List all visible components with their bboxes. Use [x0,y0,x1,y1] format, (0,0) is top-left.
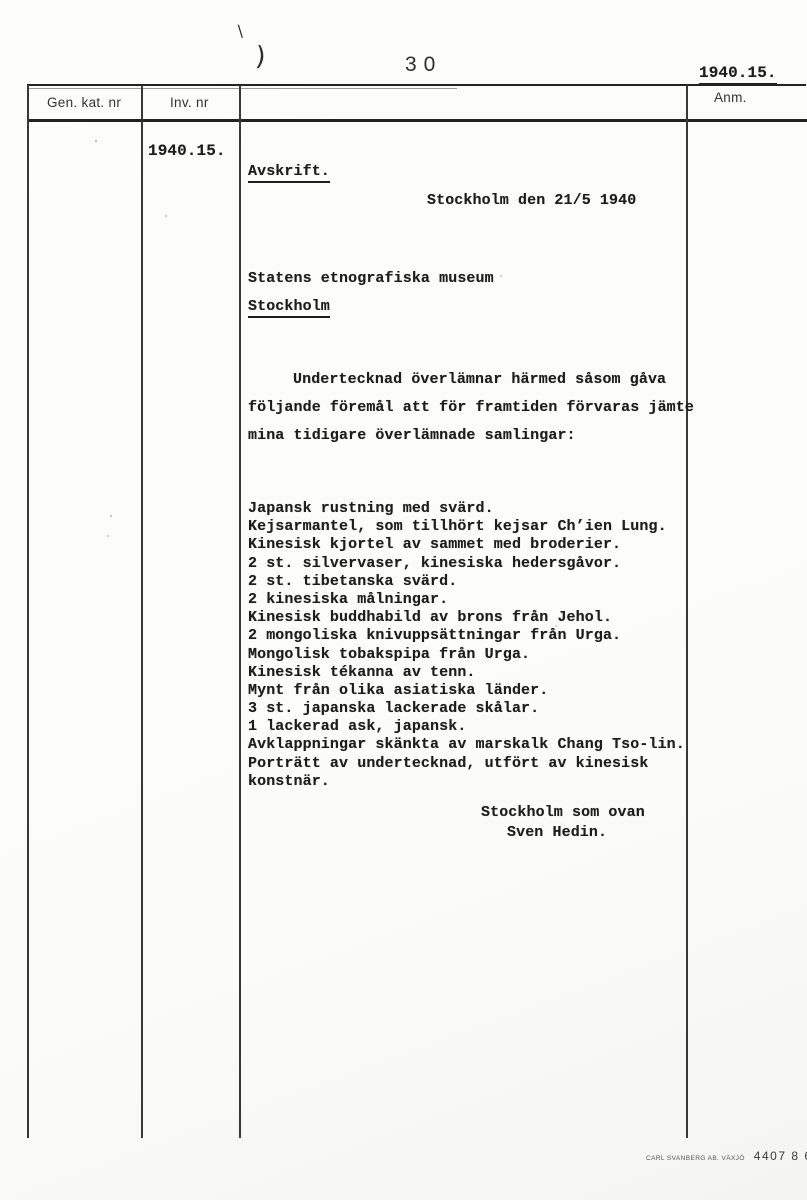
letter-intro-paragraph: Undertecknad överlämnar härmed såsom gåv… [248,366,694,450]
stray-mark-large: ) [252,41,270,72]
addressee-line-1: Statens etnografiska museum [248,270,494,287]
intro-line: följande föremål att för framtiden förva… [248,394,694,422]
gift-list-line: 2 st. silvervaser, kinesiska hedersgåvor… [248,555,685,573]
closing-place: Stockholm som ovan [481,803,645,823]
gift-list-line: Kinesisk buddhabild av brons från Jehol. [248,609,685,627]
gift-list-line: 1 lackerad ask, japansk. [248,718,685,736]
letter-title: Avskrift. [248,163,330,183]
intro-line: mina tidigare överlämnade samlingar: [248,422,694,450]
document-ref-number: 1940.15. [699,64,777,85]
table-left-border [27,85,29,1138]
gift-list-line: Kinesisk kjortel av sammet med broderier… [248,536,685,554]
printer-code: 4407 8 68 [754,1149,807,1163]
column-header-inv-nr: Inv. nr [170,95,209,110]
gift-list-line: konstnär. [248,773,685,791]
printer-name: CARL SVANBERG AB. VÄXJÖ [646,1155,745,1162]
intro-line: Undertecknad överlämnar härmed såsom gåv… [248,366,694,394]
gift-list-line: Mongolisk tobakspipa från Urga. [248,646,685,664]
table-divider-genkat-inv [141,85,143,1138]
gift-list-line: Kejsarmantel, som tillhört kejsar Ch’ien… [248,518,685,536]
column-header-gen-kat-nr: Gen. kat. nr [47,95,121,110]
letter-dateline: Stockholm den 21/5 1940 [427,192,636,209]
gift-list-line: 3 st. japanska lackerade skålar. [248,700,685,718]
signature: Sven Hedin. [481,823,645,843]
inventory-number-value: 1940.15. [148,142,226,160]
gift-list-line: Avklappningar skänkta av marskalk Chang … [248,736,685,754]
table-divider-main-anm [686,85,688,1138]
gift-list-line: Mynt från olika asiatiska länder. [248,682,685,700]
page-number: 30 [405,53,442,77]
table-header-underline [27,119,807,122]
gift-list-line: Porträtt av undertecknad, utfört av kine… [248,755,685,773]
table-top-border-ghost [27,88,457,89]
scan-speck [95,140,97,142]
table-top-border [27,84,806,86]
gift-list: Japansk rustning med svärd. Kejsarmantel… [248,500,685,791]
addressee-line-2: Stockholm [248,298,330,318]
scanned-document-page: \ ) 30 1940.15. Gen. kat. nr Inv. nr Anm… [0,0,807,1200]
stray-mark-small: \ [235,21,246,40]
table-divider-inv-main [239,85,241,1138]
column-header-anm: Anm. [714,90,747,105]
gift-list-line: 2 mongoliska knivuppsättningar från Urga… [248,627,685,645]
printer-imprint: CARL SVANBERG AB. VÄXJÖ 4407 8 68 [646,1149,807,1163]
gift-list-line: 2 st. tibetanska svärd. [248,573,685,591]
letter-closing: Stockholm som ovan Sven Hedin. [481,803,645,843]
gift-list-line: Kinesisk tékanna av tenn. [248,664,685,682]
gift-list-line: 2 kinesiska målningar. [248,591,685,609]
gift-list-line: Japansk rustning med svärd. [248,500,685,518]
